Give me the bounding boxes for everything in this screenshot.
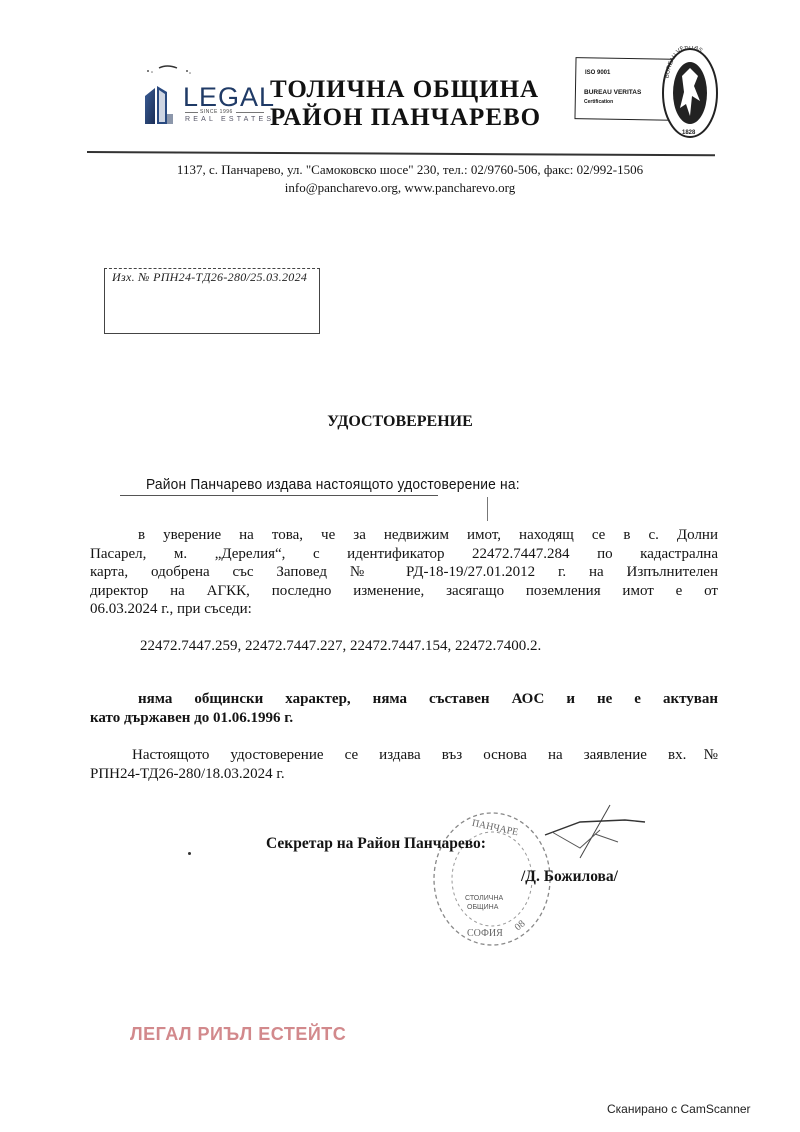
svg-text:СОФИЯ: СОФИЯ <box>467 928 503 939</box>
municipality-name: ТОЛИЧНА ОБЩИНА <box>270 76 539 104</box>
registration-number: Изх. № РПН24-ТД26-280/25.03.2024 <box>112 270 307 285</box>
watermark-text: ЛЕГАЛ РИЪЛ ЕСТЕЙТС <box>130 1024 346 1045</box>
intro-underline <box>120 495 438 496</box>
iso-label: ISO 9001 <box>585 70 610 76</box>
contact-line: info@pancharevo.org, www.pancharevo.org <box>0 180 800 196</box>
scan-mark <box>487 497 488 521</box>
paragraph-line: 06.03.2024 г., при съседи: <box>90 600 718 619</box>
svg-text:ОБЩИНА: ОБЩИНА <box>467 904 499 911</box>
bureau-veritas-seal-icon: BUREAU VERITAS 1828 <box>660 46 720 140</box>
signatory-title: Секретар на Район Панчарево: <box>266 835 486 853</box>
logo-tagline: REAL ESTATES <box>185 116 274 123</box>
signatory-name: /Д. Божилова/ <box>521 868 618 886</box>
status-paragraph: няма общински характер, няма съставен АО… <box>90 690 718 727</box>
paragraph-line: Пасарел, м. „Дерелия“, с идентификатор 2… <box>90 545 718 564</box>
neighbor-identifiers: 22472.7447.259, 22472.7447.227, 22472.74… <box>140 638 541 655</box>
logo-divider <box>236 112 264 113</box>
address-line: 1137, с. Панчарево, ул. "Самоковско шосе… <box>0 162 800 178</box>
scan-speck <box>188 852 191 855</box>
basis-paragraph: Настоящото удостоверение се издава въз о… <box>90 746 718 783</box>
property-paragraph: в уверение на това, че за недвижим имот,… <box>90 526 718 619</box>
bureau-veritas-label: BUREAU VERITAS <box>584 89 641 96</box>
paragraph-line: карта, одобрена със Заповед № РД-18-19/2… <box>90 563 718 582</box>
paragraph-line: в уверение на това, че за недвижим имот,… <box>90 526 718 545</box>
logo-divider <box>185 112 198 113</box>
svg-text:1828: 1828 <box>682 130 696 136</box>
logo-specks-decoration <box>145 63 195 77</box>
paragraph-line: като държавен до 01.06.1996 г. <box>90 709 718 728</box>
building-logo-icon <box>143 84 177 124</box>
svg-text:СТОЛИЧНА: СТОЛИЧНА <box>465 895 503 902</box>
district-name: РАЙОН ПАНЧАРЕВО <box>270 104 541 132</box>
paragraph-line: Настоящото удостоверение се издава въз о… <box>90 746 718 765</box>
paragraph-line: директор на АГКК, последно изменение, за… <box>90 582 718 601</box>
logo-since: SINCE 1996 <box>200 109 233 115</box>
camscanner-note: Сканирано с CamScanner <box>607 1102 751 1116</box>
header-divider <box>87 151 715 156</box>
document-title: УДОСТОВЕРЕНИЕ <box>0 413 800 431</box>
signature-icon <box>540 800 650 860</box>
paragraph-line: няма общински характер, няма съставен АО… <box>90 690 718 709</box>
certification-label: Certification <box>584 99 613 105</box>
intro-text: Район Панчарево издава настоящото удосто… <box>146 476 520 493</box>
svg-text:08: 08 <box>513 918 528 933</box>
paragraph-line: РПН24-ТД26-280/18.03.2024 г. <box>90 765 718 784</box>
